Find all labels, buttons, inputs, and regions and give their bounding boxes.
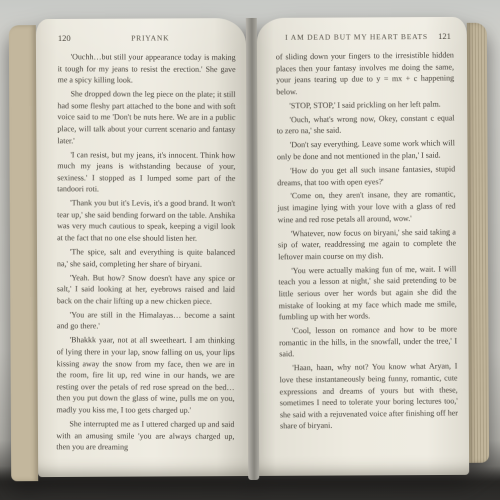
paragraph: She dropped down the leg piece on the pl… [57, 88, 235, 147]
paragraph: 'Don't say everything. Leave some work w… [277, 138, 455, 163]
paragraph: 'How do you get all such insane fantasie… [277, 163, 455, 188]
paragraph: 'Haan, haan, why not? You know what Arya… [279, 361, 458, 433]
right-page-text: of sliding down your fingers to the irre… [268, 49, 460, 432]
paragraph: 'STOP, STOP,' I said prickling on her le… [276, 98, 454, 112]
paragraph: of sliding down your fingers to the irre… [276, 49, 455, 97]
paragraph: 'Ouchh…but still your appearance today i… [58, 51, 236, 86]
open-book: 120 PRIYANK 'Ouchh…but still your appear… [9, 17, 489, 481]
paragraph: 'You were actually making fun of me, wai… [278, 263, 457, 323]
paragraph: 'Whatever, now focus on biryani,' she sa… [278, 226, 456, 263]
paragraph: 'Bhakkk yaar, not at all sweetheart. I a… [56, 335, 234, 417]
right-page: I AM DEAD BUT MY HEART BEATS 121 of slid… [257, 17, 469, 476]
paragraph: 'Cool, lesson on romance and how to be m… [279, 324, 457, 361]
right-page-number: 121 [438, 31, 451, 41]
paragraph: 'The spice, salt and everything is quite… [57, 246, 235, 270]
right-page-header: I AM DEAD BUT MY HEART BEATS 121 [269, 31, 457, 42]
left-page-text: 'Ouchh…but still your appearance today i… [48, 51, 237, 453]
paragraph: 'I can resist, but my jeans, it's innoce… [57, 149, 235, 196]
paragraph: 'Come on, they aren't insane, they are r… [277, 189, 455, 226]
right-running-head: I AM DEAD BUT MY HEART BEATS [275, 32, 438, 42]
paragraph: 'Ouch, what's wrong now, Okey, constant … [277, 112, 455, 137]
left-page: 120 PRIYANK 'Ouchh…but still your appear… [36, 18, 248, 477]
left-page-header: 120 PRIYANK [48, 32, 236, 43]
left-page-fore-edge [9, 25, 38, 481]
photo-background: 120 PRIYANK 'Ouchh…but still your appear… [0, 0, 500, 500]
paragraph: 'Thank you but it's Levis, it's a good b… [57, 198, 235, 245]
paragraph: 'You are still in the Himalayas… become … [57, 309, 235, 333]
left-page-number: 120 [58, 33, 71, 43]
left-running-head: PRIYANK [71, 33, 230, 43]
paragraph: 'Yeah. But how? Snow doesn't have any sp… [57, 272, 235, 307]
right-page-fore-edge [467, 23, 489, 463]
paragraph: She interrupted me as I uttered charged … [56, 418, 234, 453]
